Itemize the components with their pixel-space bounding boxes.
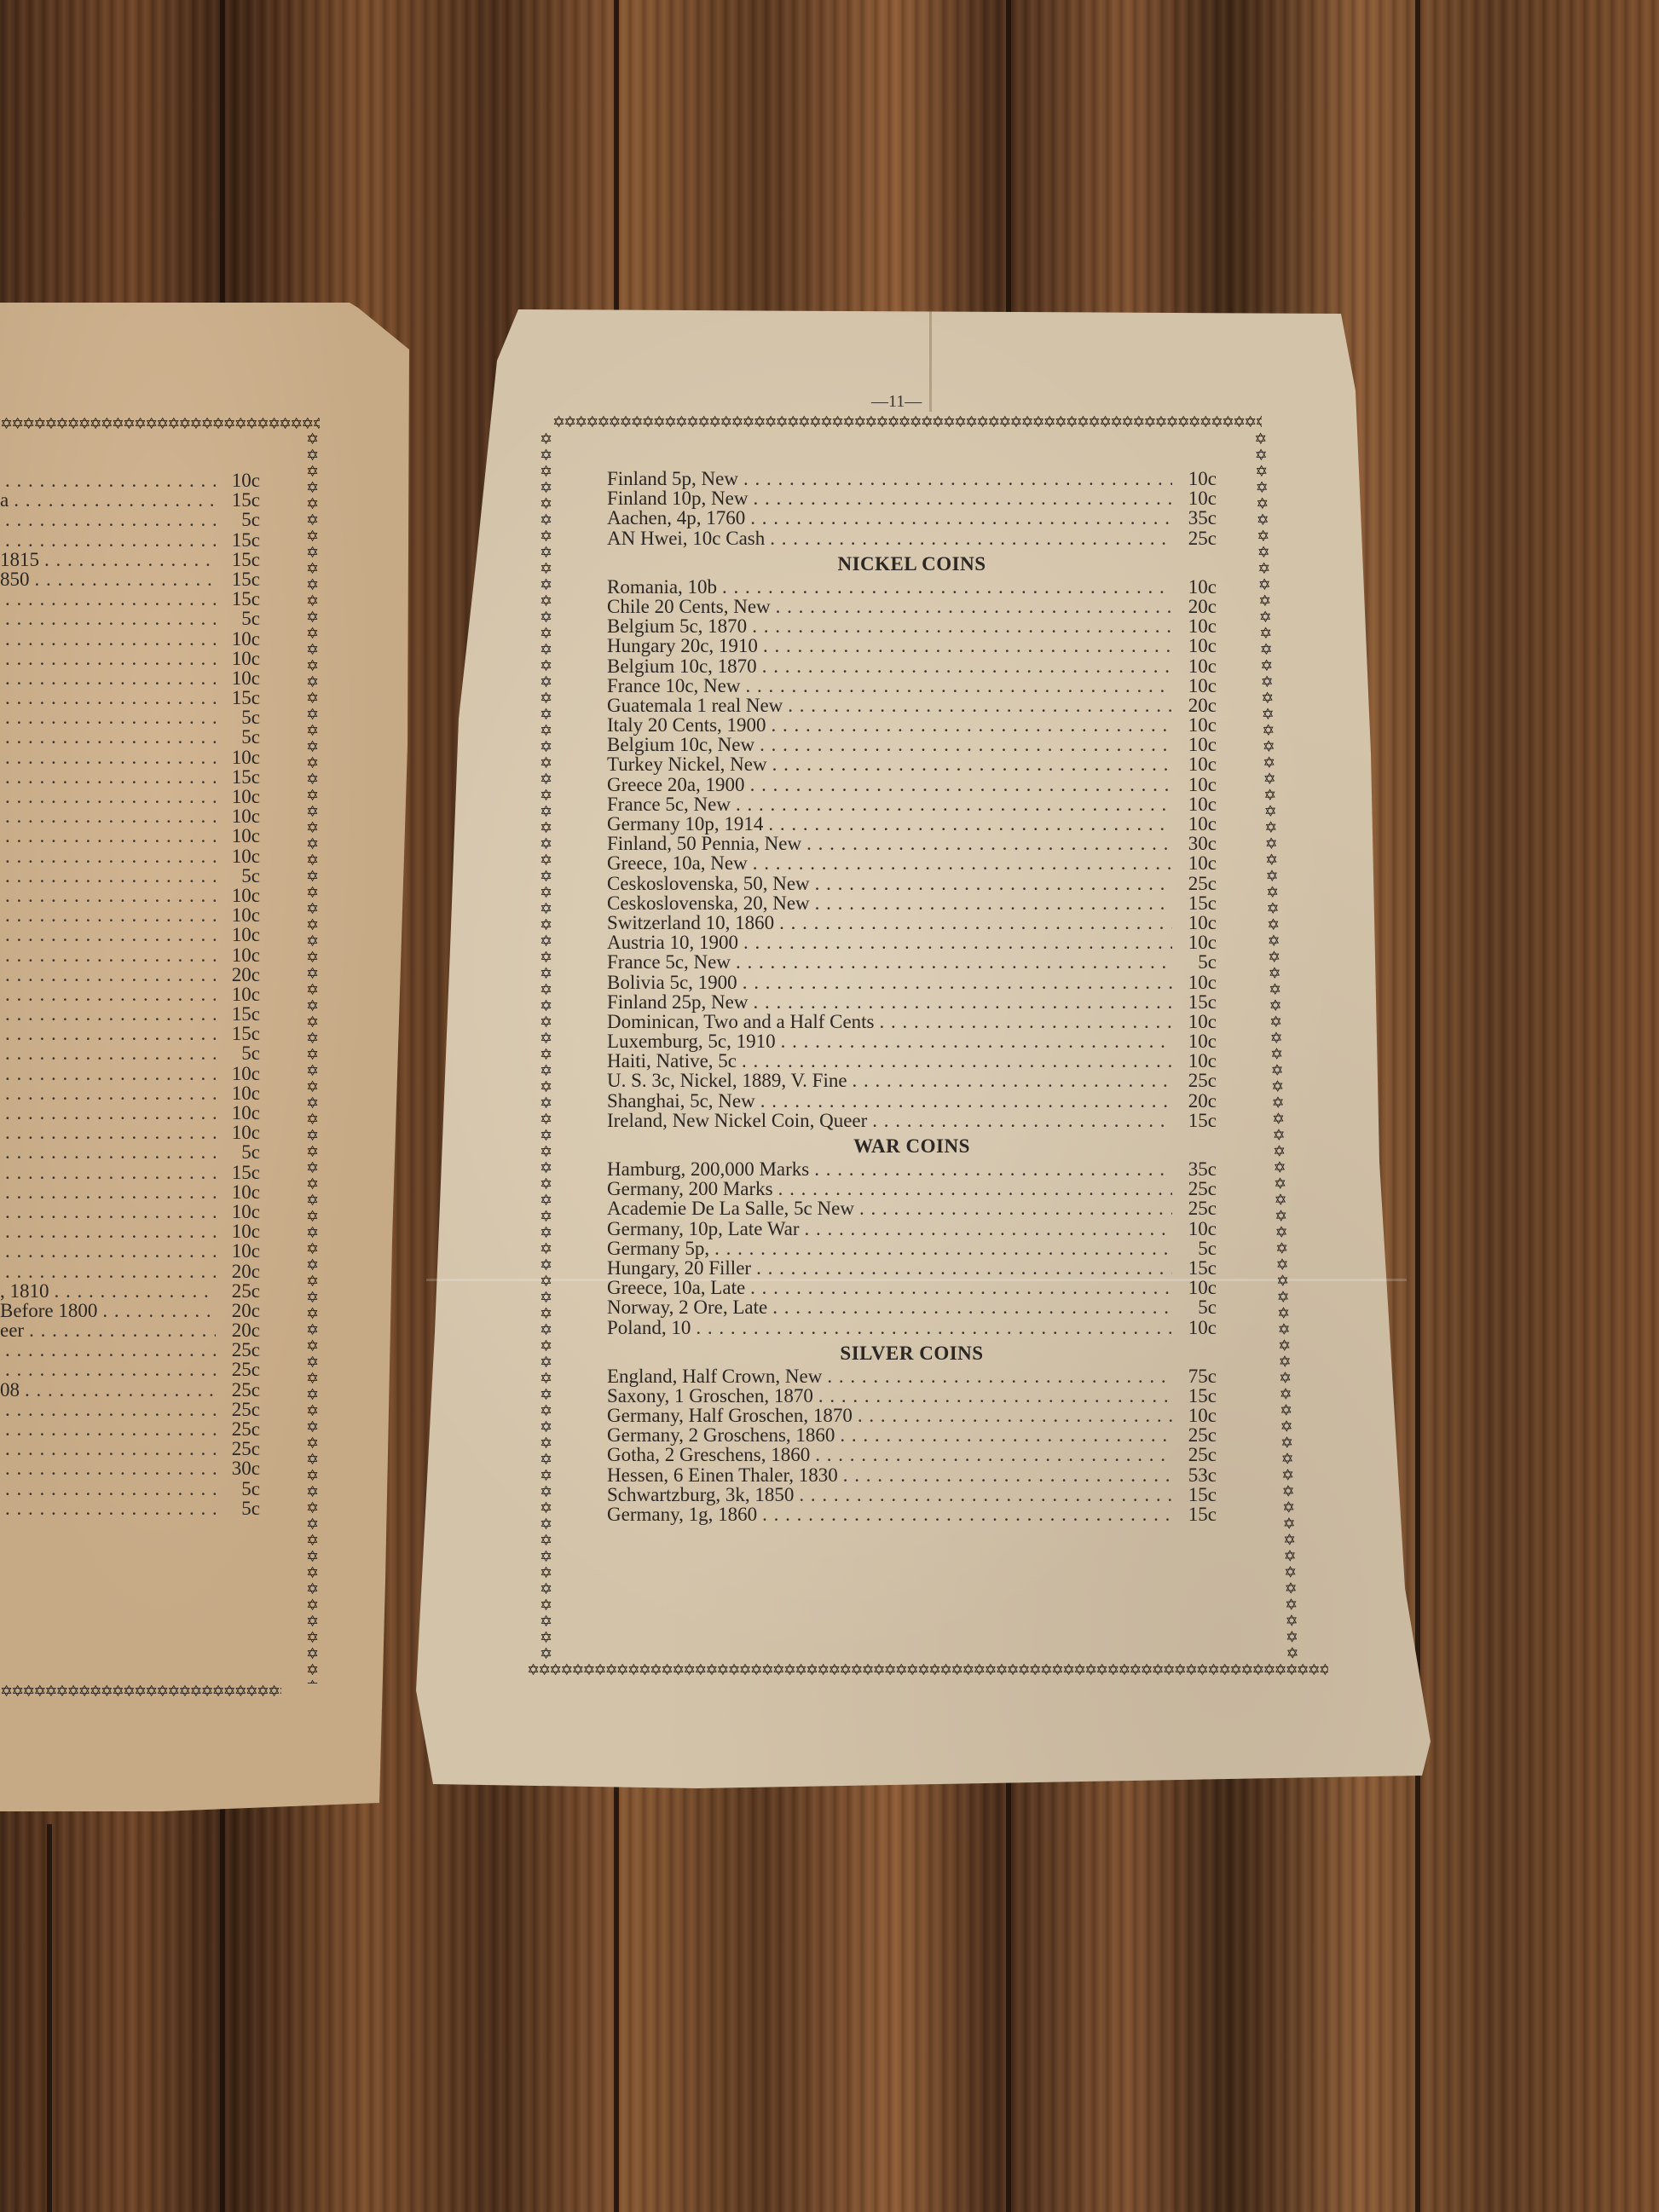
coin-price: 5c — [221, 1479, 260, 1499]
coin-price: 5c — [221, 1499, 260, 1518]
coin-price: 10c — [221, 985, 260, 1004]
price-list-row: Haiti, Native, 5c10c — [607, 1051, 1217, 1071]
dot-leader — [5, 945, 216, 965]
dot-leader — [736, 794, 1172, 814]
price-list-row: 15c — [0, 1024, 260, 1043]
dot-leader — [768, 814, 1172, 834]
coin-name: England, Half Crown, New — [607, 1366, 822, 1386]
dot-leader — [843, 1465, 1172, 1485]
dot-leader — [44, 550, 216, 569]
price-list-row: Schwartzburg, 3k, 185015c — [607, 1485, 1217, 1505]
coin-name: Guatemala 1 real New — [607, 696, 783, 715]
coin-price: 15c — [221, 490, 260, 510]
price-list-row: Belgium 10c, 187010c — [607, 656, 1217, 676]
coin-price: 10c — [1177, 1278, 1217, 1297]
price-list-row: 10c — [0, 1202, 260, 1222]
price-list-row: 15c — [0, 767, 260, 787]
price-list-row: Finland 25p, New15c — [607, 992, 1217, 1012]
dot-leader — [815, 1445, 1172, 1464]
dot-leader — [5, 1202, 216, 1222]
dot-leader — [753, 488, 1172, 508]
price-list-row: 10c — [0, 668, 260, 688]
dot-leader — [5, 787, 216, 806]
dot-leader — [5, 826, 216, 846]
coin-price: 5c — [221, 866, 260, 886]
dot-leader — [806, 834, 1172, 853]
coin-name: Saxony, 1 Groschen, 1870 — [607, 1386, 813, 1406]
right-page-border-top: ✡✡✡✡✡✡✡✡✡✡✡✡✡✡✡✡✡✡✡✡✡✡✡✡✡✡✡✡✡✡✡✡✡✡✡✡✡✡✡✡… — [552, 414, 1262, 431]
coin-name: Finland, 50 Pennia, New — [607, 834, 801, 853]
coin-price: 10c — [221, 1123, 260, 1142]
coin-price: 10c — [1177, 794, 1217, 814]
price-list-row: 10c — [0, 649, 260, 668]
dot-leader — [815, 893, 1172, 913]
price-list-row: Hamburg, 200,000 Marks35c — [607, 1159, 1217, 1179]
coin-price: 10c — [221, 1182, 260, 1202]
coin-price: 15c — [221, 589, 260, 609]
price-list-row: 25c — [0, 1400, 260, 1419]
price-list-row: Greece 20a, 190010c — [607, 775, 1217, 794]
dot-leader — [5, 1479, 216, 1499]
price-list-row: Luxemburg, 5c, 191010c — [607, 1031, 1217, 1051]
dot-leader — [815, 874, 1172, 893]
coin-name: Finland 25p, New — [607, 992, 748, 1012]
coin-price: 10c — [1177, 1031, 1217, 1051]
price-list-row: , 181025c — [0, 1281, 260, 1301]
price-list-row: 15c — [0, 688, 260, 707]
coin-price: 25c — [1177, 1425, 1217, 1445]
coin-name: eer — [0, 1320, 24, 1340]
dot-leader — [814, 1159, 1172, 1179]
coin-name: Schwartzburg, 3k, 1850 — [607, 1485, 794, 1505]
coin-price: 15c — [1177, 1386, 1217, 1406]
price-list-row: England, Half Crown, New75c — [607, 1366, 1217, 1386]
price-list-row: 10c — [0, 886, 260, 905]
section-heading: NICKEL COINS — [607, 548, 1217, 577]
dot-leader — [799, 1485, 1172, 1505]
coin-name: Chile 20 Cents, New — [607, 597, 771, 616]
dot-leader — [818, 1386, 1172, 1406]
coin-name: Greece, 10a, New — [607, 853, 748, 873]
price-list-row: Greece, 10a, New10c — [607, 853, 1217, 873]
coin-name: Hungary, 20 Filler — [607, 1258, 751, 1278]
coin-name: Italy 20 Cents, 1900 — [607, 715, 766, 735]
dot-leader — [805, 1219, 1172, 1239]
coin-price: 15c — [221, 530, 260, 550]
coin-price: 10c — [1177, 735, 1217, 754]
coin-name: Germany, Half Groschen, 1870 — [607, 1406, 853, 1425]
coin-price: 10c — [221, 925, 260, 944]
coin-name: Academie De La Salle, 5c New — [607, 1198, 854, 1218]
coin-price: 10c — [221, 649, 260, 668]
dot-leader — [5, 530, 216, 550]
coin-name: Shanghai, 5c, New — [607, 1091, 755, 1111]
price-list-row: Finland, 50 Pennia, New30c — [607, 834, 1217, 853]
coin-price: 10c — [221, 1241, 260, 1261]
right-page-border-left: ✡✡✡✡✡✡✡✡✡✡✡✡✡✡✡✡✡✡✡✡✡✡✡✡✡✡✡✡✡✡✡✡✡✡✡✡✡✡✡✡… — [537, 430, 554, 1662]
coin-price: 5c — [1177, 1297, 1217, 1317]
dot-leader — [5, 1262, 216, 1281]
price-list-row: Ceskoslovenska, 20, New15c — [607, 893, 1217, 913]
price-list-row: a15c — [0, 490, 260, 510]
dot-leader — [5, 649, 216, 668]
coin-name: Germany, 2 Groschens, 1860 — [607, 1425, 835, 1445]
coin-price: 10c — [221, 905, 260, 925]
coin-name: Austria 10, 1900 — [607, 933, 738, 952]
dot-leader — [750, 775, 1172, 794]
coin-price: 10c — [1177, 656, 1217, 676]
dot-leader — [5, 1163, 216, 1182]
coin-name: Belgium 5c, 1870 — [607, 616, 747, 636]
price-list-row: Chile 20 Cents, New20c — [607, 597, 1217, 616]
price-list-row: France 10c, New10c — [607, 676, 1217, 696]
dot-leader — [853, 1071, 1172, 1090]
coin-price: 25c — [221, 1380, 260, 1400]
dot-leader — [5, 886, 216, 905]
price-list-row: U. S. 3c, Nickel, 1889, V. Fine25c — [607, 1071, 1217, 1090]
left-page-price-list: 10ca15c5c15c181515c85015c15c5c10c10c10c1… — [0, 471, 260, 1518]
coin-price: 25c — [221, 1340, 260, 1360]
coin-price: 10c — [1177, 1406, 1217, 1425]
price-list-row: 10c — [0, 806, 260, 826]
price-list-row: 20c — [0, 1262, 260, 1281]
price-list-row: 25c — [0, 1439, 260, 1458]
dot-leader — [760, 735, 1172, 754]
coin-price: 10c — [1177, 616, 1217, 636]
coin-price: 30c — [1177, 834, 1217, 853]
coin-name: AN Hwei, 10c Cash — [607, 528, 765, 548]
price-list-row: 10c — [0, 826, 260, 846]
price-list-row: eer20c — [0, 1320, 260, 1340]
dot-leader — [880, 1012, 1172, 1031]
price-list-row: 10c — [0, 471, 260, 490]
coin-price: 15c — [1177, 1485, 1217, 1505]
dot-leader — [5, 925, 216, 944]
coin-name: Ireland, New Nickel Coin, Queer — [607, 1111, 867, 1130]
coin-price: 15c — [221, 1163, 260, 1182]
coin-name: Romania, 10b — [607, 577, 717, 597]
coin-name: Germany, 200 Marks — [607, 1179, 773, 1198]
price-list-row: Bolivia 5c, 190010c — [607, 973, 1217, 992]
dot-leader — [763, 636, 1172, 656]
price-list-row: Norway, 2 Ore, Late5c — [607, 1297, 1217, 1317]
price-list-row: Finland 5p, New10c — [607, 469, 1217, 488]
price-list-row: 10c — [0, 629, 260, 649]
dot-leader — [772, 1297, 1172, 1317]
price-list-row: 5c — [0, 707, 260, 727]
coin-price: 10c — [1177, 913, 1217, 933]
coin-price: 25c — [1177, 1071, 1217, 1090]
price-list-row: Germany, Half Groschen, 187010c — [607, 1406, 1217, 1425]
coin-price: 10c — [221, 1222, 260, 1241]
price-list-row: Romania, 10b10c — [607, 577, 1217, 597]
coin-price: 10c — [1177, 715, 1217, 735]
coin-name: Finland 5p, New — [607, 469, 738, 488]
price-list-row: 10c — [0, 1123, 260, 1142]
coin-price: 10c — [221, 748, 260, 767]
dot-leader — [745, 676, 1172, 696]
dot-leader — [5, 1499, 216, 1518]
coin-name: Aachen, 4p, 1760 — [607, 508, 745, 528]
price-list-row: 25c — [0, 1360, 260, 1379]
coin-name: Switzerland 10, 1860 — [607, 913, 774, 933]
dot-leader — [5, 688, 216, 707]
coin-price: 20c — [1177, 597, 1217, 616]
coin-price: 10c — [1177, 1318, 1217, 1337]
coin-name: Hessen, 6 Einen Thaler, 1830 — [607, 1465, 838, 1485]
coin-price: 5c — [221, 1142, 260, 1162]
coin-price: 5c — [221, 609, 260, 628]
coin-price: 15c — [221, 550, 260, 569]
coin-price: 75c — [1177, 1366, 1217, 1386]
coin-name: Ceskoslovenska, 20, New — [607, 893, 810, 913]
price-list-row: 5c — [0, 1479, 260, 1499]
dot-leader — [5, 707, 216, 727]
section-heading: WAR COINS — [607, 1130, 1217, 1159]
dot-leader — [5, 985, 216, 1004]
dot-leader — [762, 1505, 1172, 1524]
price-list-row: Germany, 200 Marks25c — [607, 1179, 1217, 1198]
dot-leader — [788, 696, 1172, 715]
dot-leader — [5, 767, 216, 787]
price-list-row: 10c — [0, 1103, 260, 1123]
dot-leader — [743, 973, 1172, 992]
coin-price: 10c — [221, 787, 260, 806]
section-heading: SILVER COINS — [607, 1337, 1217, 1366]
price-list-row: 10c — [0, 846, 260, 866]
price-list-row: Germany, 1g, 186015c — [607, 1505, 1217, 1524]
coin-name: U. S. 3c, Nickel, 1889, V. Fine — [607, 1071, 847, 1090]
coin-price: 25c — [221, 1360, 260, 1379]
dot-leader — [29, 1320, 216, 1340]
dot-leader — [743, 933, 1172, 952]
coin-name: Germany 5p, — [607, 1239, 709, 1258]
coin-price: 15c — [1177, 1505, 1217, 1524]
price-list-row: Shanghai, 5c, New20c — [607, 1091, 1217, 1111]
dot-leader — [5, 589, 216, 609]
coin-price: 10c — [1177, 469, 1217, 488]
dot-leader — [5, 965, 216, 985]
left-page-border-right: ✡✡✡✡✡✡✡✡✡✡✡✡✡✡✡✡✡✡✡✡✡✡✡✡✡✡✡✡✡✡✡✡✡✡✡✡✡✡✡✡… — [303, 430, 321, 1684]
coin-price: 10c — [1177, 933, 1217, 952]
coin-name: Finland 10p, New — [607, 488, 748, 508]
coin-price: 10c — [221, 1083, 260, 1103]
coin-name: Belgium 10c, New — [607, 735, 754, 754]
dot-leader — [5, 727, 216, 747]
price-list-row: 15c — [0, 530, 260, 550]
coin-name: Germany, 1g, 1860 — [607, 1505, 757, 1524]
price-list-row: Germany 5p,5c — [607, 1239, 1217, 1258]
price-list-row: 10c — [0, 925, 260, 944]
coin-name: , 1810 — [0, 1281, 49, 1301]
price-list-row: Aachen, 4p, 176035c — [607, 508, 1217, 528]
dot-leader — [35, 569, 217, 589]
coin-price: 15c — [1177, 992, 1217, 1012]
dot-leader — [714, 1239, 1172, 1258]
dot-leader — [5, 1222, 216, 1241]
dot-leader — [858, 1406, 1172, 1425]
price-list-row: France 5c, New10c — [607, 794, 1217, 814]
price-list-row: 5c — [0, 510, 260, 529]
coin-price: 25c — [221, 1419, 260, 1439]
price-list-row: Hessen, 6 Einen Thaler, 183053c — [607, 1465, 1217, 1485]
dot-leader — [5, 1123, 216, 1142]
coin-name: 850 — [0, 569, 30, 589]
price-list-row: Germany 10p, 191410c — [607, 814, 1217, 834]
coin-price: 25c — [1177, 874, 1217, 893]
right-page-border-bottom: ✡✡✡✡✡✡✡✡✡✡✡✡✡✡✡✡✡✡✡✡✡✡✡✡✡✡✡✡✡✡✡✡✡✡✡✡✡✡✡✡… — [527, 1662, 1328, 1679]
coin-name: France 5c, New — [607, 952, 731, 972]
coin-price: 5c — [221, 727, 260, 747]
dot-leader — [5, 1083, 216, 1103]
page-number: —11— — [871, 392, 922, 412]
coin-price: 20c — [1177, 696, 1217, 715]
dot-leader — [5, 806, 216, 826]
section-nickel-coins: NICKEL COINS Romania, 10b10cChile 20 Cen… — [607, 548, 1217, 1130]
price-list-row: 181515c — [0, 550, 260, 569]
coin-price: 10c — [221, 668, 260, 688]
price-list-row: 10c — [0, 1222, 260, 1241]
dot-leader — [736, 952, 1172, 972]
coin-price: 10c — [1177, 1219, 1217, 1239]
dot-leader — [778, 1179, 1172, 1198]
coin-price: 30c — [221, 1458, 260, 1478]
dot-leader — [753, 853, 1172, 873]
price-list-row: Belgium 10c, New10c — [607, 735, 1217, 754]
dot-leader — [5, 1142, 216, 1162]
coin-price: 25c — [1177, 1198, 1217, 1218]
price-list-row: 30c — [0, 1458, 260, 1478]
coin-price: 10c — [221, 471, 260, 490]
coin-price: 10c — [1177, 1051, 1217, 1071]
coin-price: 10c — [1177, 853, 1217, 873]
dot-leader — [5, 1419, 216, 1439]
dot-leader — [5, 1400, 216, 1419]
price-list-row: 85015c — [0, 569, 260, 589]
coin-price: 10c — [1177, 814, 1217, 834]
price-list-row: Belgium 5c, 187010c — [607, 616, 1217, 636]
price-list-row: Austria 10, 190010c — [607, 933, 1217, 952]
coin-price: 20c — [221, 965, 260, 985]
price-list-row: 25c — [0, 1340, 260, 1360]
coin-name: Hungary 20c, 1910 — [607, 636, 758, 656]
coin-price: 5c — [221, 510, 260, 529]
coin-name: Dominican, Two and a Half Cents — [607, 1012, 875, 1031]
dot-leader — [5, 1458, 216, 1478]
dot-leader — [5, 748, 216, 767]
price-list-row: Ceskoslovenska, 50, New25c — [607, 874, 1217, 893]
dot-leader — [14, 490, 216, 510]
coin-price: 10c — [221, 945, 260, 965]
dot-leader — [5, 668, 216, 688]
dot-leader — [750, 508, 1172, 528]
coin-price: 15c — [221, 569, 260, 589]
price-list-row: 10c — [0, 1064, 260, 1083]
dot-leader — [742, 1051, 1172, 1071]
coin-price: 20c — [221, 1301, 260, 1320]
price-list-row: 15c — [0, 1004, 260, 1024]
coin-name: Hamburg, 200,000 Marks — [607, 1159, 809, 1179]
dot-leader — [5, 1043, 216, 1063]
coin-price: 10c — [1177, 973, 1217, 992]
coin-price: 15c — [221, 1024, 260, 1043]
price-list-row: 5c — [0, 1499, 260, 1518]
coin-price: 10c — [1177, 754, 1217, 774]
coin-name: Germany, 10p, Late War — [607, 1219, 800, 1239]
dot-leader — [840, 1425, 1172, 1445]
coin-price: 10c — [1177, 775, 1217, 794]
coin-price: 5c — [221, 707, 260, 727]
wood-plank-seam — [47, 1824, 52, 2212]
price-list-row: 15c — [0, 1163, 260, 1182]
dot-leader — [5, 846, 216, 866]
dot-leader — [752, 616, 1172, 636]
price-list-row: 0825c — [0, 1380, 260, 1400]
dot-leader — [753, 992, 1172, 1012]
dot-leader — [5, 1064, 216, 1083]
coin-price: 10c — [221, 846, 260, 866]
price-list-row: 10c — [0, 1182, 260, 1202]
coin-price: 10c — [1177, 636, 1217, 656]
dot-leader — [5, 905, 216, 925]
coin-name: Before 1800 — [0, 1301, 97, 1320]
dot-leader — [5, 1340, 216, 1360]
coin-name: Ceskoslovenska, 50, New — [607, 874, 810, 893]
price-list-row: Poland, 1010c — [607, 1318, 1217, 1337]
dot-leader — [750, 1278, 1172, 1297]
coin-price: 15c — [1177, 1258, 1217, 1278]
dot-leader — [772, 754, 1172, 774]
wood-plank-seam — [1415, 0, 1420, 2212]
coin-name: Turkey Nickel, New — [607, 754, 767, 774]
dot-leader — [781, 1031, 1172, 1051]
price-list-row: Hungary, 20 Filler15c — [607, 1258, 1217, 1278]
dot-leader — [5, 1182, 216, 1202]
dot-leader — [756, 1258, 1172, 1278]
price-list-row: Finland 10p, New10c — [607, 488, 1217, 508]
coin-price: 10c — [221, 1202, 260, 1222]
coin-price: 10c — [1177, 488, 1217, 508]
coin-price: 25c — [1177, 528, 1217, 548]
section-silver-coins: SILVER COINS England, Half Crown, New75c… — [607, 1337, 1217, 1525]
price-list-row: 10c — [0, 1241, 260, 1261]
coin-price: 10c — [1177, 577, 1217, 597]
price-list-row: Guatemala 1 real New20c — [607, 696, 1217, 715]
dot-leader — [776, 597, 1172, 616]
dot-leader — [5, 1360, 216, 1379]
coin-price: 10c — [221, 886, 260, 905]
dot-leader — [5, 1004, 216, 1024]
coin-name: Haiti, Native, 5c — [607, 1051, 737, 1071]
dot-leader — [5, 471, 216, 490]
coin-name: 1815 — [0, 550, 39, 569]
coin-price: 35c — [1177, 508, 1217, 528]
dot-leader — [5, 1024, 216, 1043]
right-page-price-list: Finland 5p, New10cFinland 10p, New10cAac… — [607, 469, 1217, 1524]
price-list-row: 10c — [0, 905, 260, 925]
dot-leader — [102, 1301, 216, 1320]
coin-name: Gotha, 2 Greschens, 1860 — [607, 1445, 810, 1464]
coin-price: 25c — [221, 1400, 260, 1419]
price-list-row: 10c — [0, 1083, 260, 1103]
coin-price: 10c — [221, 1103, 260, 1123]
dot-leader — [772, 715, 1172, 735]
dot-leader — [55, 1281, 217, 1301]
price-list-row: 5c — [0, 1142, 260, 1162]
price-list-row: Germany, 2 Groschens, 186025c — [607, 1425, 1217, 1445]
price-list-row: Ireland, New Nickel Coin, Queer15c — [607, 1111, 1217, 1130]
coin-name: France 5c, New — [607, 794, 731, 814]
